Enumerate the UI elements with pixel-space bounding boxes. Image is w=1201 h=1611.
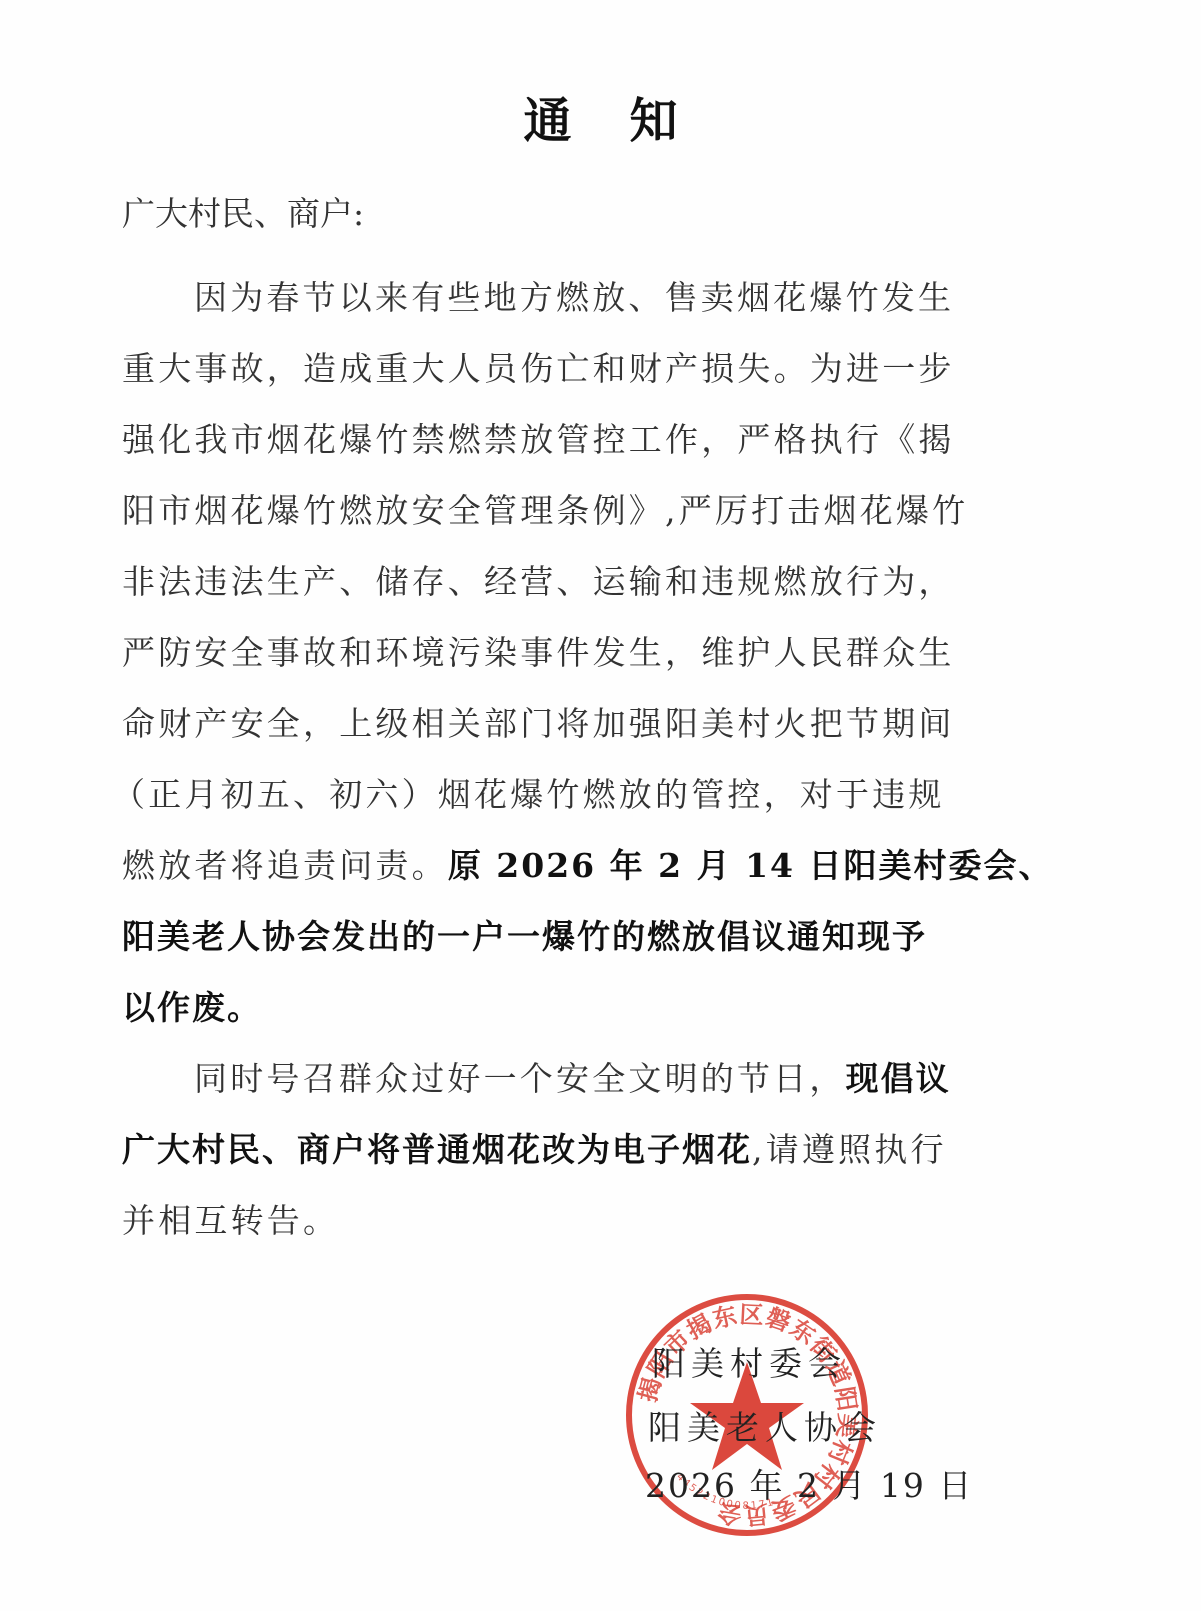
line-text: 阳市烟花爆竹燃放安全管理条例》,严厉打击烟花爆竹 xyxy=(122,491,968,530)
line-text: 因为春节以来有些地方燃放、售卖烟花爆竹发生 xyxy=(194,278,954,317)
line-text: 燃放者将追责问责。 xyxy=(122,846,448,885)
line-text-bold: 广大村民、商户将普通烟花改为电子烟花 xyxy=(122,1130,752,1169)
paragraph1-line: 阳市烟花爆竹燃放安全管理条例》,严厉打击烟花爆竹 xyxy=(122,475,992,546)
paragraph1-line: （正月初五、初六）烟花爆竹燃放的管控，对于违规 xyxy=(112,759,992,830)
line-text: ,请遵照执行 xyxy=(752,1130,947,1169)
paragraph2-line: 广大村民、商户将普通烟花改为电子烟花,请遵照执行 xyxy=(122,1114,992,1185)
title-char-1: 通 xyxy=(523,93,571,149)
signature-org2: 阳美老人协会 xyxy=(648,1402,882,1449)
line-text: 非法违法生产、储存、经营、运输和违规燃放行为， xyxy=(122,562,955,601)
document-title: 通知 xyxy=(0,82,1201,151)
paragraph1-line: 因为春节以来有些地方燃放、售卖烟花爆竹发生 xyxy=(122,262,992,333)
notice-body: 因为春节以来有些地方燃放、售卖烟花爆竹发生 重大事故，造成重大人员伤亡和财产损失… xyxy=(122,262,992,1256)
signature-date: 2026 年 2 月 19 日 xyxy=(645,1460,973,1507)
paragraph1-line: 阳美老人协会发出的一户一爆竹的燃放倡议通知现予 xyxy=(122,901,992,972)
signature-org1: 阳美村委会 xyxy=(652,1338,847,1385)
paragraph1-line: 强化我市烟花爆竹禁燃禁放管控工作，严格执行《揭 xyxy=(122,404,992,475)
paragraph1-line: 重大事故，造成重大人员伤亡和财产损失。为进一步 xyxy=(122,333,992,404)
line-text-bold: 现倡议 xyxy=(846,1059,951,1098)
paragraph1-line: 非法违法生产、储存、经营、运输和违规燃放行为， xyxy=(122,546,992,617)
paragraph1-line: 以作废。 xyxy=(122,972,992,1043)
paragraph1-line: 燃放者将追责问责。原 2026 年 2 月 14 日阳美村委会、 xyxy=(122,830,992,901)
line-text: 强化我市烟花爆竹禁燃禁放管控工作，严格执行《揭 xyxy=(122,420,955,459)
line-text-bold: 原 2026 年 2 月 14 日阳美村委会、 xyxy=(448,846,1054,885)
salutation: 广大村民、商户: xyxy=(122,188,364,235)
line-text: 命财产安全，上级相关部门将加强阳美村火把节期间 xyxy=(122,704,955,743)
line-text: 同时号召群众过好一个安全文明的节日， xyxy=(194,1059,846,1098)
line-text: 重大事故，造成重大人员伤亡和财产损失。为进一步 xyxy=(122,349,955,388)
paragraph1-line: 命财产安全，上级相关部门将加强阳美村火把节期间 xyxy=(122,688,992,759)
paragraph2-line: 并相互转告。 xyxy=(122,1185,992,1256)
paragraph1-line: 严防安全事故和环境污染事件发生，维护人民群众生 xyxy=(122,617,992,688)
notice-document: 通知 广大村民、商户: 因为春节以来有些地方燃放、售卖烟花爆竹发生 重大事故，造… xyxy=(0,0,1201,1611)
title-char-2: 知 xyxy=(630,93,678,149)
line-text: 严防安全事故和环境污染事件发生，维护人民群众生 xyxy=(122,633,955,672)
paragraph2-line: 同时号召群众过好一个安全文明的节日，现倡议 xyxy=(122,1043,992,1114)
line-text-bold: 阳美老人协会发出的一户一爆竹的燃放倡议通知现予 xyxy=(122,917,927,956)
line-text: （正月初五、初六）烟花爆竹燃放的管控，对于违规 xyxy=(112,775,945,814)
line-text-bold: 以作废。 xyxy=(122,988,262,1027)
line-text: 并相互转告。 xyxy=(122,1201,339,1240)
